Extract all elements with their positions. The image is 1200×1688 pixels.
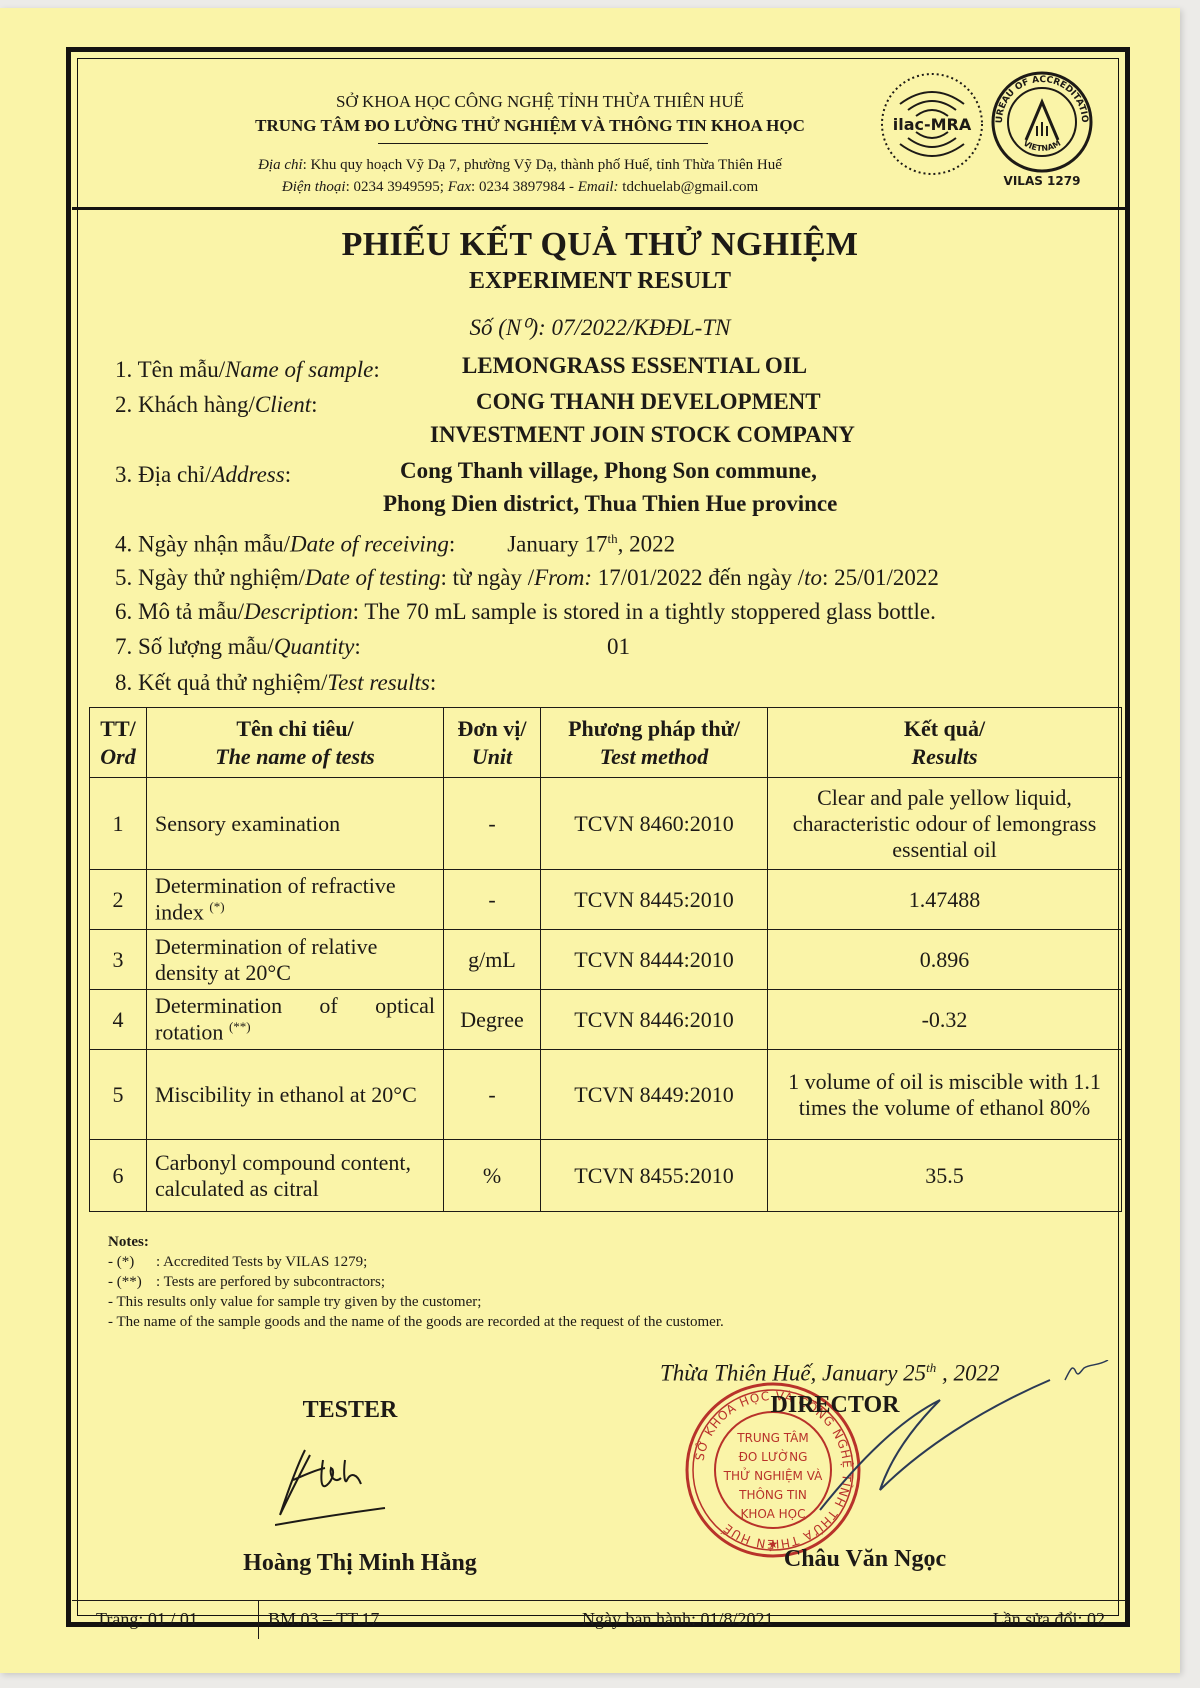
notes-section: Notes: - (*): Accredited Tests by VILAS … [108, 1232, 724, 1332]
field-address-value-line1: Cong Thanh village, Phong Son commune, [400, 458, 817, 484]
field-date-testing: 5. Ngày thử nghiệm/Date of testing: từ n… [115, 565, 939, 591]
note-validity: - This results only value for sample try… [108, 1292, 724, 1312]
table-row: 4 Determination of optical rotation (**)… [90, 990, 1122, 1050]
table-row: 5 Miscibility in ethanol at 20°C - TCVN … [90, 1050, 1122, 1140]
svg-text:BUREAU OF ACCREDITATION: BUREAU OF ACCREDITATION [990, 70, 1089, 124]
field-client-value-line2: INVESTMENT JOIN STOCK COMPANY [430, 422, 855, 448]
field-test-results-label: 8. Kết quả thử nghiệm/Test results: [115, 670, 436, 696]
document-footer: Trang: 01 / 01 BM.03 – TT.17 Ngày ban hà… [72, 1600, 1125, 1639]
department-name: SỞ KHOA HỌC CÔNG NGHỆ TỈNH THỪA THIÊN HU… [200, 92, 880, 112]
note-naming: - The name of the sample goods and the n… [108, 1312, 724, 1332]
header-unit: Đơn vị/Unit [444, 708, 541, 778]
director-name: Châu Văn Ngọc [740, 1546, 990, 1573]
document-subtitle: EXPERIMENT RESULT [100, 268, 1100, 295]
page-number: Trang: 01 / 01 [96, 1609, 198, 1630]
field-client-label: 2. Khách hàng/Client: [115, 392, 318, 418]
revision-number: Lần sửa đổi: 02 [993, 1609, 1105, 1630]
bureau-of-accreditation-logo-icon: BUREAU OF ACCREDITATION VIETNAM [990, 70, 1094, 174]
header-test-method: Phương pháp thử/Test method [541, 708, 768, 778]
note-accredited: - (*): Accredited Tests by VILAS 1279; [108, 1252, 724, 1272]
field-quantity-value: 01 [607, 634, 630, 660]
table-row: 6 Carbonyl compound content, calculated … [90, 1140, 1122, 1212]
header-ord: TT/Ord [90, 708, 147, 778]
field-address-value-line2: Phong Dien district, Thua Thien Hue prov… [383, 491, 837, 517]
svg-text:ilac-MRA: ilac-MRA [893, 115, 972, 134]
results-table: TT/Ord Tên chỉ tiêu/The name of tests Đơ… [89, 707, 1122, 1212]
table-row: 2 Determination of refractive index (*) … [90, 870, 1122, 930]
table-header-row: TT/Ord Tên chỉ tiêu/The name of tests Đơ… [90, 708, 1122, 778]
tester-signature-icon [275, 1440, 395, 1530]
director-signature-icon [720, 1360, 1110, 1570]
form-code: BM.03 – TT.17 [268, 1609, 379, 1630]
field-description: 6. Mô tả mẫu/Description: The 70 mL samp… [115, 599, 936, 625]
field-client-value-line1: CONG THANH DEVELOPMENT [476, 389, 821, 415]
center-address: Địa chỉ: Khu quy hoạch Vỹ Dạ 7, phường V… [160, 157, 880, 174]
field-date-receiving: 4. Ngày nhận mẫu/Date of receiving:Janua… [115, 531, 675, 558]
header-results: Kết quả/Results [768, 708, 1122, 778]
header-test-name: Tên chỉ tiêu/The name of tests [147, 708, 444, 778]
document-number: Số (N⁰): 07/2022/KĐĐL-TN [100, 315, 1100, 341]
notes-heading: Notes: [108, 1232, 724, 1252]
header-underline [378, 143, 708, 144]
issue-date: Ngày ban hành: 01/8/2021 [582, 1609, 773, 1630]
field-address-label: 3. Địa chỉ/Address: [115, 462, 291, 488]
document-title: PHIẾU KẾT QUẢ THỬ NGHIỆM [100, 226, 1100, 264]
vilas-number: VILAS 1279 [990, 174, 1094, 188]
table-row: 1 Sensory examination - TCVN 8460:2010 C… [90, 778, 1122, 870]
ilac-mra-logo-icon: ilac-MRA [878, 70, 986, 178]
table-row: 3 Determination of relative density at 2… [90, 930, 1122, 990]
note-subcontractors: - (**): Tests are perfored by subcontrac… [108, 1272, 724, 1292]
center-contact: Điện thoại: 0234 3949595; Fax: 0234 3897… [160, 179, 880, 196]
field-sample-name-label: 1. Tên mẫu/Name of sample: [115, 357, 380, 383]
tester-name: Hoàng Thị Minh Hằng [200, 1550, 520, 1577]
svg-text:VIETNAM: VIETNAM [1022, 139, 1063, 153]
field-quantity-label: 7. Số lượng mẫu/Quantity: [115, 634, 361, 660]
field-sample-name-value: LEMONGRASS ESSENTIAL OIL [462, 353, 807, 379]
center-name: TRUNG TÂM ĐO LƯỜNG THỬ NGHIỆM VÀ THÔNG T… [170, 116, 890, 136]
tester-label: TESTER [250, 1397, 450, 1424]
header-divider [72, 207, 1125, 210]
